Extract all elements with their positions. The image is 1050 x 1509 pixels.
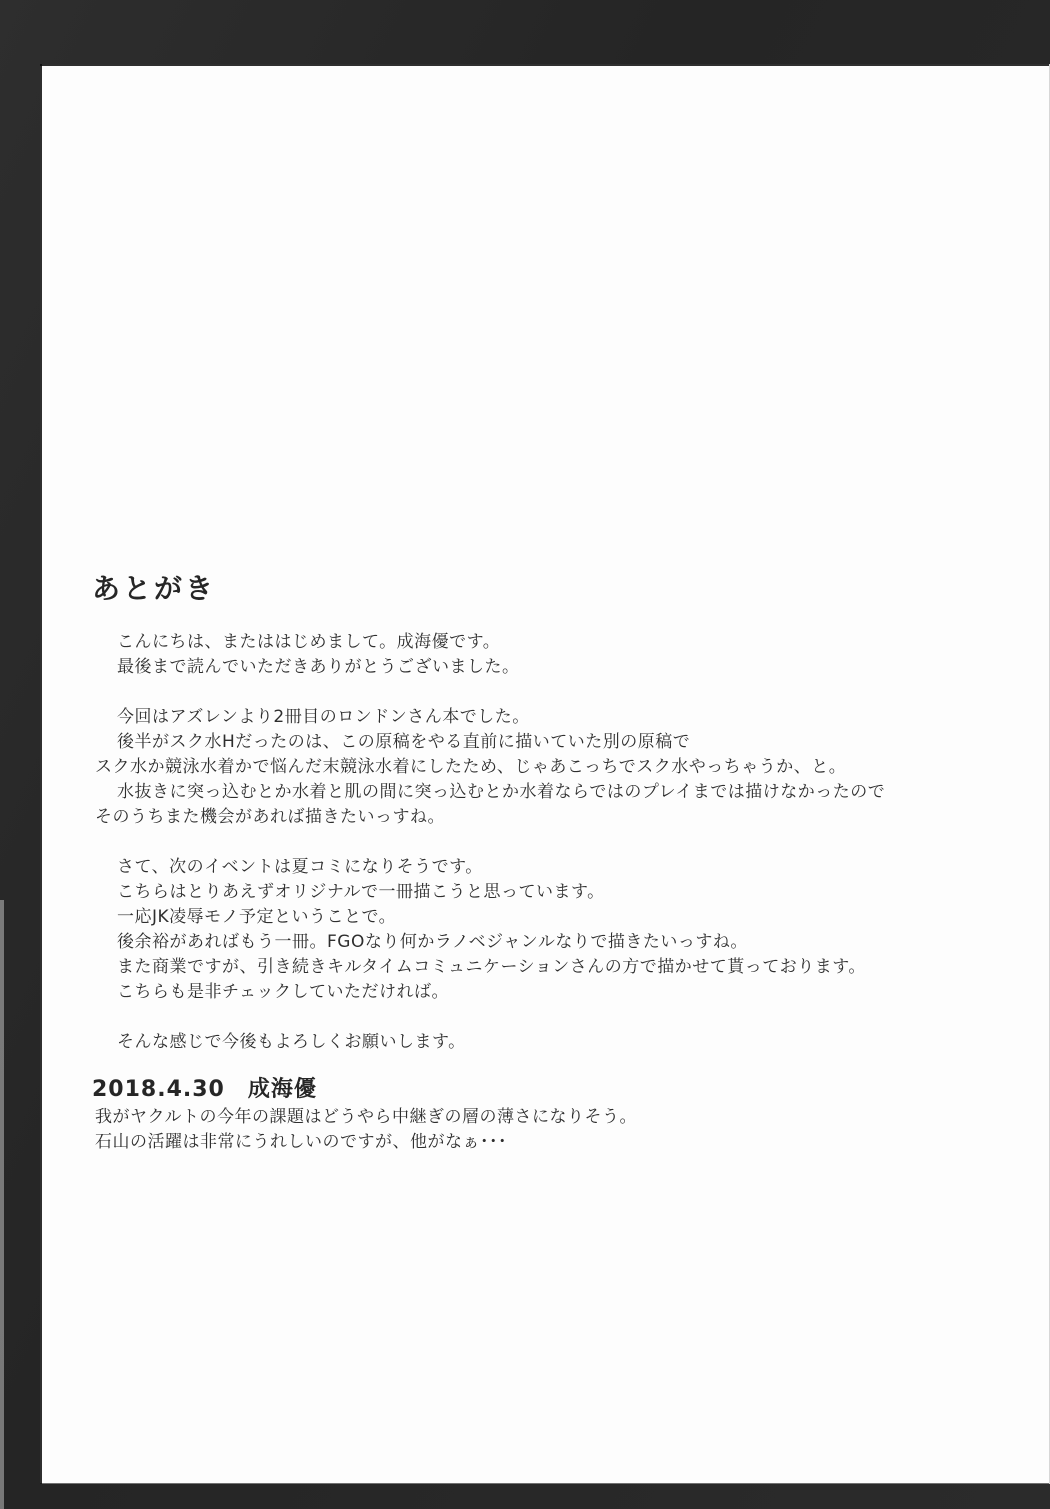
blank-line: [40, 1005, 1050, 1030]
book-notes-line: そのうちまた機会があれば描きたいっすね。: [40, 805, 1050, 830]
signature-date: 2018.4.30 成海優: [40, 1075, 1050, 1105]
postscript-line: 我がヤクルトの今年の課題はどうやら中継ぎの層の薄さになりそう。: [40, 1105, 1050, 1130]
blank-line: [40, 680, 1050, 705]
book-notes-line: 水抜きに突っ込むとか水着と肌の間に突っ込むとか水着ならではのプレイまでは描けなか…: [40, 780, 1050, 805]
book-notes-line: 今回はアズレンより2冊目のロンドンさん本でした。: [40, 705, 1050, 730]
closing-line: そんな感じで今後もよろしくお願いします。: [40, 1030, 1050, 1055]
afterword-title: あとがき: [92, 574, 216, 604]
scan-edge-artifact: [0, 900, 4, 1509]
scanned-afterword-page: { "afterword": { "title": "あとがき", "greet…: [0, 0, 1050, 1509]
blank-line: [40, 830, 1050, 855]
next-event-line: こちらはとりあえずオリジナルで一冊描こうと思っています。: [40, 880, 1050, 905]
greeting-line: 最後まで読んでいただきありがとうございました。: [40, 655, 1050, 680]
postscript-line: 石山の活躍は非常にうれしいのですが、他がなぁ･･･: [40, 1130, 1050, 1155]
greeting-line: こんにちは、またははじめまして。成海優です。: [40, 630, 1050, 655]
next-event-line: こちらも是非チェックしていただければ。: [40, 980, 1050, 1005]
next-event-line: さて、次のイベントは夏コミになりそうです。: [40, 855, 1050, 880]
next-event-line: 後余裕があればもう一冊。FGOなり何かラノベジャンルなりで描きたいっすね。: [40, 930, 1050, 955]
blank-line: [40, 1055, 1050, 1075]
book-notes-line: 後半がスク水Hだったのは、この原稿をやる直前に描いていた別の原稿で: [40, 730, 1050, 755]
paper-page: あとがき こんにちは、またははじめまして。成海優です。 最後まで読んでいただきあ…: [40, 64, 1050, 1484]
next-event-line: また商業ですが、引き続きキルタイムコミュニケーションさんの方で描かせて貰っており…: [40, 955, 1050, 980]
afterword-text: こんにちは、またははじめまして。成海優です。 最後まで読んでいただきありがとうご…: [40, 630, 1050, 1155]
book-notes-line: スク水か競泳水着かで悩んだ末競泳水着にしたため、じゃあこっちでスク水やっちゃうか…: [40, 755, 1050, 780]
next-event-line: 一応JK凌辱モノ予定ということで。: [40, 905, 1050, 930]
